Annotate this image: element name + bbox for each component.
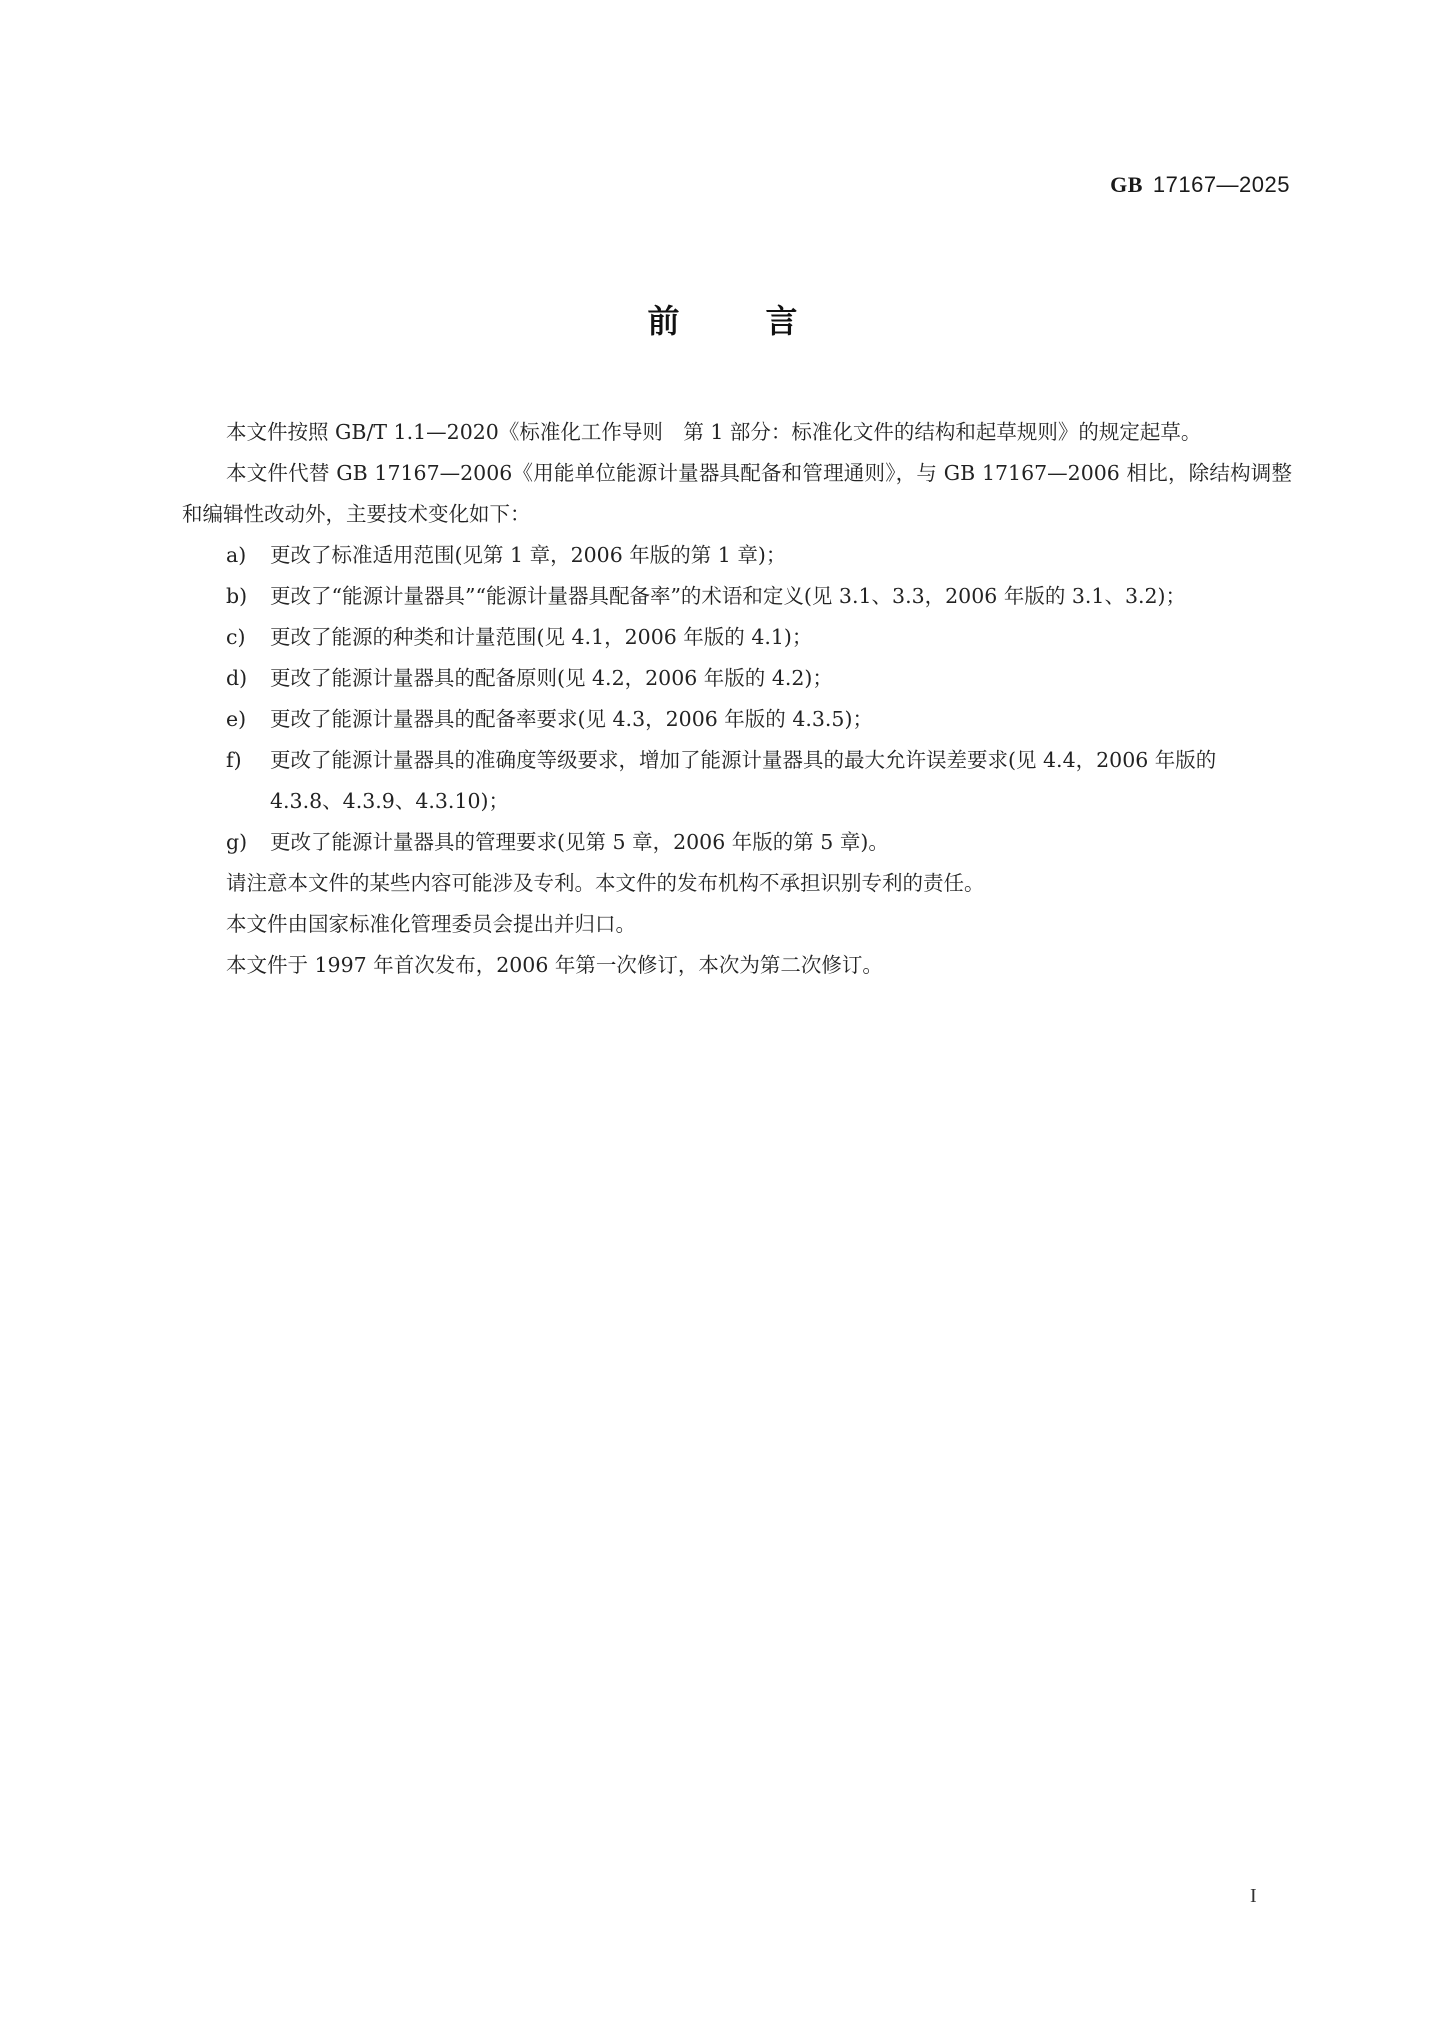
- list-item-text: 更改了能源计量器具的管理要求(见第 5 章，2006 年版的第 5 章)。: [270, 830, 889, 854]
- list-item-e: e) 更改了能源计量器具的配备率要求(见 4.3，2006 年版的 4.3.5)…: [182, 699, 1292, 740]
- foreword-body: 本文件按照 GB/T 1.1—2020《标准化工作导则 第 1 部分：标准化文件…: [182, 412, 1292, 986]
- list-item-g: g) 更改了能源计量器具的管理要求(见第 5 章，2006 年版的第 5 章)。: [182, 822, 1292, 863]
- list-item-text: 更改了能源计量器具的配备率要求(见 4.3，2006 年版的 4.3.5)；: [270, 707, 873, 731]
- list-marker: c): [226, 617, 266, 658]
- list-item-f: f) 更改了能源计量器具的准确度等级要求，增加了能源计量器具的最大允许误差要求(…: [182, 740, 1292, 822]
- publication-history-paragraph: 本文件于 1997 年首次发布，2006 年第一次修订，本次为第二次修订。: [182, 945, 1292, 986]
- standard-number-header: GB17167—2025: [1110, 172, 1290, 198]
- patent-notice-paragraph: 请注意本文件的某些内容可能涉及专利。本文件的发布机构不承担识别专利的责任。: [182, 863, 1292, 904]
- list-marker: e): [226, 699, 266, 740]
- page-title: 前言: [0, 296, 1445, 342]
- list-marker: d): [226, 658, 266, 699]
- replacement-paragraph: 本文件代替 GB 17167—2006《用能单位能源计量器具配备和管理通则》，与…: [182, 453, 1292, 535]
- drafting-rules-paragraph: 本文件按照 GB/T 1.1—2020《标准化工作导则 第 1 部分：标准化文件…: [182, 412, 1292, 453]
- list-marker: g): [226, 822, 266, 863]
- list-marker: b): [226, 576, 266, 617]
- title-char-1: 前: [647, 296, 679, 342]
- list-marker: a): [226, 535, 266, 576]
- proposer-paragraph: 本文件由国家标准化管理委员会提出并归口。: [182, 904, 1292, 945]
- list-item-a: a) 更改了标准适用范围(见第 1 章，2006 年版的第 1 章)；: [182, 535, 1292, 576]
- list-item-b: b) 更改了“能源计量器具”“能源计量器具配备率”的术语和定义(见 3.1、3.…: [182, 576, 1292, 617]
- technical-changes-list: a) 更改了标准适用范围(见第 1 章，2006 年版的第 1 章)； b) 更…: [182, 535, 1292, 863]
- list-item-text: 更改了标准适用范围(见第 1 章，2006 年版的第 1 章)；: [270, 543, 786, 567]
- standard-number: 17167—2025: [1153, 172, 1290, 197]
- standard-prefix: GB: [1110, 172, 1143, 197]
- list-marker: f): [226, 740, 266, 781]
- list-item-d: d) 更改了能源计量器具的配备原则(见 4.2，2006 年版的 4.2)；: [182, 658, 1292, 699]
- list-item-text: 更改了能源计量器具的配备原则(见 4.2，2006 年版的 4.2)；: [270, 666, 833, 690]
- list-item-text: 更改了能源计量器具的准确度等级要求，增加了能源计量器具的最大允许误差要求(见 4…: [270, 748, 1216, 813]
- list-item-text: 更改了“能源计量器具”“能源计量器具配备率”的术语和定义(见 3.1、3.3，2…: [270, 584, 1186, 608]
- list-item-text: 更改了能源的种类和计量范围(见 4.1，2006 年版的 4.1)；: [270, 625, 812, 649]
- page-number: I: [1250, 1885, 1257, 1908]
- title-char-2: 言: [766, 296, 798, 342]
- list-item-c: c) 更改了能源的种类和计量范围(见 4.1，2006 年版的 4.1)；: [182, 617, 1292, 658]
